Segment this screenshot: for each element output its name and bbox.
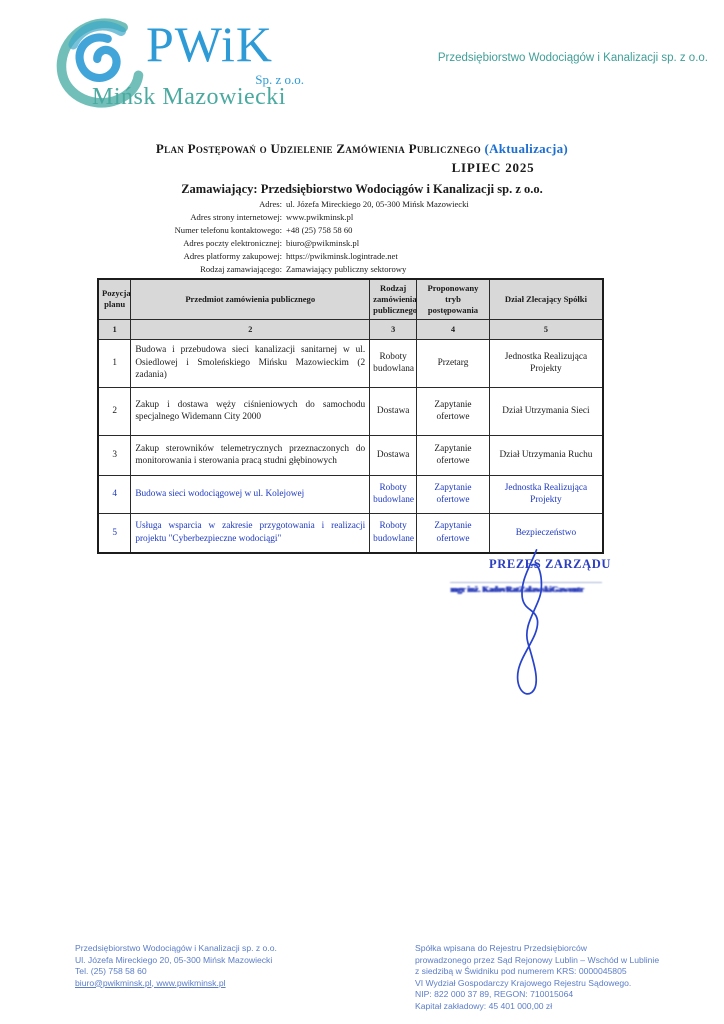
cell-kind: Roboty budowlane	[370, 513, 417, 553]
detail-row-platform: Adres platformy zakupowej: https://pwikm…	[0, 250, 724, 263]
handwritten-signature	[482, 548, 572, 700]
cell-subject: Zakup i dostawa węży ciśnieniowych do sa…	[131, 387, 370, 435]
table-row: 1 Budowa i przebudowa sieci kanalizacji …	[98, 339, 603, 387]
page-title-main: Plan Postępowań o Udzielenie Zamówienia …	[156, 141, 485, 156]
footer-registry-line: prowadzonego przez Sąd Rejonowy Lublin –…	[415, 955, 715, 967]
procurement-plan-table: Pozycja planu Przedmiot zamówienia publi…	[97, 278, 604, 554]
detail-label: Rodzaj zamawiającego:	[0, 263, 282, 276]
cell-dept: Jednostka Realizująca Projekty	[489, 339, 603, 387]
detail-value: +48 (25) 758 58 60	[282, 224, 352, 237]
cell-position: 2	[98, 387, 131, 435]
table-number-row: 1 2 3 4 5	[98, 319, 603, 339]
table-row: 3 Zakup sterowników telemetrycznych prze…	[98, 435, 603, 475]
detail-row-email: Adres poczty elektronicznej: biuro@pwikm…	[0, 237, 724, 250]
col-number: 3	[370, 319, 417, 339]
logo-wordmark: PWiK	[146, 18, 306, 70]
footer-left-block: Przedsiębiorstwo Wodociągów i Kanalizacj…	[75, 943, 375, 989]
detail-value: www.pwikminsk.pl	[282, 211, 353, 224]
cell-position: 4	[98, 475, 131, 513]
footer-address: Ul. Józefa Mireckiego 20, 05-300 Mińsk M…	[75, 955, 375, 967]
document-page: PWiK Sp. z o.o. Mińsk Mazowiecki Przedsi…	[0, 0, 724, 1024]
cell-mode: Zapytanie ofertowe	[417, 475, 490, 513]
cell-mode: Zapytanie ofertowe	[417, 513, 490, 553]
cell-dept: Dział Utrzymania Ruchu	[489, 435, 603, 475]
detail-label: Numer telefonu kontaktowego:	[0, 224, 282, 237]
page-title: Plan Postępowań o Udzielenie Zamówienia …	[0, 141, 724, 157]
detail-row-address: Adres: ul. Józefa Mireckiego 20, 05-300 …	[0, 198, 724, 211]
cell-position: 1	[98, 339, 131, 387]
col-header-subject: Przedmiot zamówienia publicznego	[131, 279, 370, 319]
col-number: 5	[489, 319, 603, 339]
detail-label: Adres strony internetowej:	[0, 211, 282, 224]
cell-subject: Zakup sterowników telemetrycznych przezn…	[131, 435, 370, 475]
detail-row-buyer-type: Rodzaj zamawiającego: Zamawiający public…	[0, 263, 724, 276]
footer-krs-line: z siedzibą w Świdniku pod numerem KRS: 0…	[415, 966, 715, 978]
col-header-dept: Dział Zlecający Spółki	[489, 279, 603, 319]
cell-subject: Budowa sieci wodociągowej w ul. Kolejowe…	[131, 475, 370, 513]
detail-value: https://pwikminsk.logintrade.net	[282, 250, 398, 263]
footer-registry-line: Spółka wpisana do Rejestru Przedsiębiorc…	[415, 943, 715, 955]
detail-value: Zamawiający publiczny sektorowy	[282, 263, 406, 276]
cell-mode: Przetarg	[417, 339, 490, 387]
cell-kind: Roboty budowlana	[370, 339, 417, 387]
detail-label: Adres poczty elektronicznej:	[0, 237, 282, 250]
col-number: 1	[98, 319, 131, 339]
table-row: 4 Budowa sieci wodociągowej w ul. Kolejo…	[98, 475, 603, 513]
detail-label: Adres platformy zakupowej:	[0, 250, 282, 263]
col-number: 2	[131, 319, 370, 339]
cell-mode: Zapytanie ofertowe	[417, 435, 490, 475]
table-row: 5 Usługa wsparcia w zakresie przygotowan…	[98, 513, 603, 553]
cell-subject: Usługa wsparcia w zakresie przygotowania…	[131, 513, 370, 553]
footer-nip-regon-line: NIP: 822 000 37 89, REGON: 710015064	[415, 989, 715, 1001]
logo-city: Mińsk Mazowiecki	[92, 84, 286, 111]
cell-kind: Dostawa	[370, 435, 417, 475]
cell-dept: Jednostka Realizująca Projekty	[489, 475, 603, 513]
page-title-annotation: (Aktualizacja)	[484, 141, 568, 156]
footer-capital-line: Kapitał zakładowy: 45 401 000,00 zł	[415, 1001, 715, 1013]
detail-row-phone: Numer telefonu kontaktowego: +48 (25) 75…	[0, 224, 724, 237]
buyer-line: Zamawiający: Przedsiębiorstwo Wodociągów…	[0, 182, 724, 197]
cell-position: 3	[98, 435, 131, 475]
footer-links: biuro@pwikminsk.pl, www.pwikminsk.pl	[75, 978, 375, 990]
table-row: 2 Zakup i dostawa węży ciśnieniowych do …	[98, 387, 603, 435]
col-header-kind: Rodzaj zamówienia publicznego	[370, 279, 417, 319]
cell-kind: Roboty budowlane	[370, 475, 417, 513]
detail-value: biuro@pwikminsk.pl	[282, 237, 359, 250]
table-header-row: Pozycja planu Przedmiot zamówienia publi…	[98, 279, 603, 319]
cell-mode: Zapytanie ofertowe	[417, 387, 490, 435]
footer-phone: Tel. (25) 758 58 60	[75, 966, 375, 978]
detail-row-website: Adres strony internetowej: www.pwikminsk…	[0, 211, 724, 224]
footer-company: Przedsiębiorstwo Wodociągów i Kanalizacj…	[75, 943, 375, 955]
col-number: 4	[417, 319, 490, 339]
detail-value: ul. Józefa Mireckiego 20, 05-300 Mińsk M…	[282, 198, 469, 211]
buyer-details: Adres: ul. Józefa Mireckiego 20, 05-300 …	[0, 198, 724, 276]
cell-dept: Bezpieczeństwo	[489, 513, 603, 553]
footer-registry-line: VI Wydział Gospodarczy Krajowego Rejestr…	[415, 978, 715, 990]
period-label: LIPIEC 2025	[131, 160, 724, 176]
cell-kind: Dostawa	[370, 387, 417, 435]
cell-subject: Budowa i przebudowa sieci kanalizacji sa…	[131, 339, 370, 387]
cell-position: 5	[98, 513, 131, 553]
footer-right-block: Spółka wpisana do Rejestru Przedsiębiorc…	[415, 943, 715, 1012]
col-header-mode: Proponowany tryb postępowania	[417, 279, 490, 319]
header-company-name: Przedsiębiorstwo Wodociągów i Kanalizacj…	[438, 52, 708, 64]
cell-dept: Dział Utrzymania Sieci	[489, 387, 603, 435]
detail-label: Adres:	[0, 198, 282, 211]
col-header-position: Pozycja planu	[98, 279, 131, 319]
